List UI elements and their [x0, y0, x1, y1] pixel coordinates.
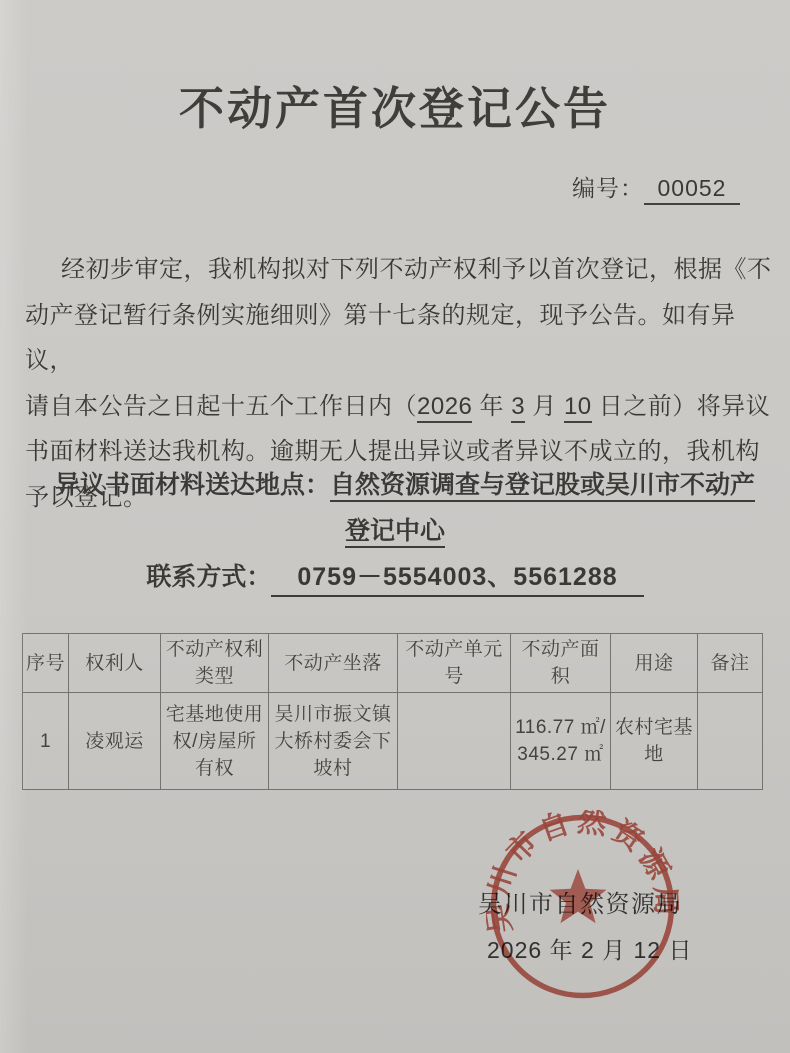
delivery-location-part2: 登记中心 — [345, 517, 445, 548]
delivery-label: 异议书面材料送达地点： — [55, 471, 330, 499]
deadline-prefix: 请自本公告之日起十五个工作日内（ — [25, 393, 417, 420]
document-number: 编号：00052 — [572, 170, 740, 205]
header-area: 不动产面积 — [511, 634, 611, 693]
delivery-location-line-2: 登记中心 — [0, 514, 790, 548]
contact-value: 0759－5554003、5561288 — [271, 560, 643, 597]
document-page: 不动产首次登记公告 编号：00052 经初步审定，我机构拟对下列不动产权利予以首… — [0, 0, 790, 1053]
table-header-row: 序号 权利人 不动产权利类型 不动产坐落 不动产单元号 不动产面积 用途 备注 — [23, 634, 763, 693]
number-label: 编号： — [572, 175, 644, 201]
issuer-name: 吴川市自然资源局 — [478, 884, 682, 919]
deadline-sep-month: 月 — [525, 393, 564, 420]
table-row: 1 凌观运 宅基地使用权/房屋所有权 吴川市振文镇大桥村委会下坡村 116.77… — [23, 693, 763, 790]
notice-line-1: 经初步审定，我机构拟对下列不动产权利予以首次登记，根据《不 — [25, 247, 772, 293]
header-location: 不动产坐落 — [269, 634, 398, 693]
notice-line-3: 请自本公告之日起十五个工作日内（2026 年 3 月 10 日之前）将异议 — [25, 384, 772, 430]
registration-table: 序号 权利人 不动产权利类型 不动产坐落 不动产单元号 不动产面积 用途 备注 … — [22, 633, 763, 790]
header-unit-number: 不动产单元号 — [398, 634, 511, 693]
header-right-type: 不动产权利类型 — [161, 634, 269, 693]
cell-right-holder: 凌观运 — [69, 693, 161, 790]
cell-unit-number — [398, 693, 511, 790]
number-value: 00052 — [644, 175, 740, 205]
deadline-month: 3 — [511, 393, 525, 423]
header-right-holder: 权利人 — [69, 634, 161, 693]
header-seq: 序号 — [23, 634, 69, 693]
delivery-location-line: 异议书面材料送达地点：自然资源调查与登记股或吴川市不动产 — [55, 468, 772, 502]
issue-date: 2026 年 2 月 12 日 — [487, 932, 693, 965]
deadline-suffix: 日之前）将异议 — [592, 393, 771, 420]
cell-usage: 农村宅基地 — [611, 693, 698, 790]
page-title: 不动产首次登记公告 — [0, 72, 790, 137]
contact-line: 联系方式：0759－5554003、5561288 — [0, 560, 790, 597]
delivery-location-part1: 自然资源调查与登记股或吴川市不动产 — [330, 471, 755, 502]
deadline-year: 2026 — [417, 393, 472, 423]
cell-area: 116.77 ㎡/ 345.27 ㎡ — [511, 693, 611, 790]
cell-location: 吴川市振文镇大桥村委会下坡村 — [269, 693, 398, 790]
notice-line-2: 动产登记暂行条例实施细则》第十七条的规定，现予公告。如有异议， — [25, 293, 772, 384]
header-remarks: 备注 — [698, 634, 763, 693]
deadline-sep-year: 年 — [472, 393, 511, 420]
deadline-day: 10 — [564, 393, 592, 423]
cell-right-type: 宅基地使用权/房屋所有权 — [161, 693, 269, 790]
cell-remarks — [698, 693, 763, 790]
contact-label: 联系方式： — [146, 563, 271, 591]
header-usage: 用途 — [611, 634, 698, 693]
cell-seq: 1 — [23, 693, 69, 790]
